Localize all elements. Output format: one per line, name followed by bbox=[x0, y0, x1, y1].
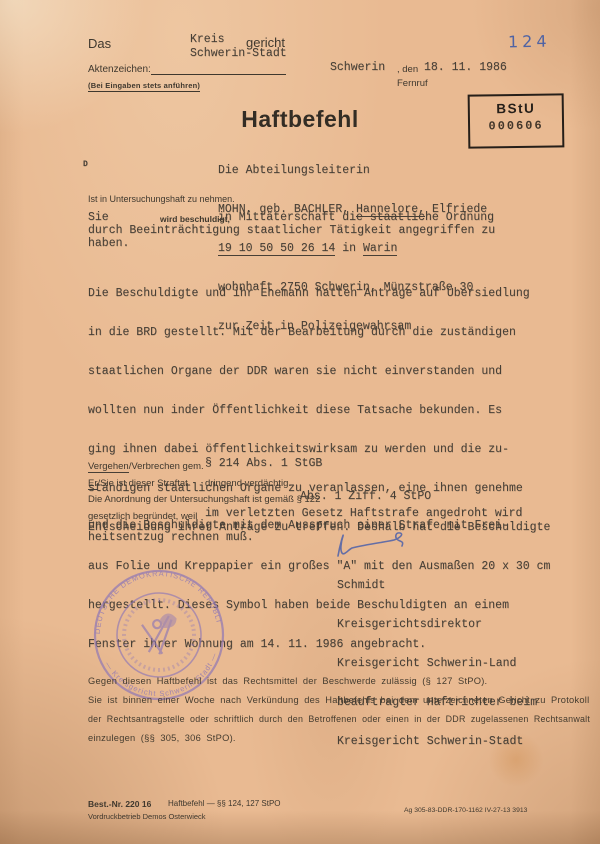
offense-order-label: Die Anordnung der Untersuchungshaft ist … bbox=[88, 494, 320, 505]
addressee-birthdate: 19 10 50 50 26 14 in Warin bbox=[218, 242, 487, 255]
den-printed: , den bbox=[397, 64, 418, 75]
body-line: ging ihnen dabei öffentlichkeitswirksam … bbox=[88, 443, 550, 456]
remedy-line-1: Gegen diesen Haftbefehl ist das Rechtsmi… bbox=[88, 672, 487, 691]
imprint-printer: Vordruckbetrieb Demos Osterwieck bbox=[88, 812, 206, 821]
charge-line2: durch Beeinträchtigung staatlicher Tätig… bbox=[88, 224, 495, 237]
charge-line1: in Mittäterschaft die staatliche Ordnung bbox=[218, 211, 494, 224]
addressee-birthplace-underlined: Warin bbox=[363, 242, 398, 256]
body-line: in die BRD gestellt. Mit der Bearbeitung… bbox=[88, 326, 550, 339]
signature-block: Schmidt Kreisgerichtsdirektor Kreisgeric… bbox=[337, 553, 537, 774]
aktenzeichen-row: Aktenzeichen: bbox=[88, 62, 286, 75]
document-sheet: Das Kreis gericht Schwerin-Stadt 124 Akt… bbox=[0, 0, 600, 844]
document-title: Haftbefehl bbox=[0, 106, 600, 133]
aktenzeichen-blank-line bbox=[151, 62, 286, 75]
remedy-line-3: der Rechtsantragstelle oder schriftlich … bbox=[88, 710, 590, 729]
aktenzeichen-note: (Bei Eingaben stets anführen) bbox=[88, 81, 200, 92]
court-name-typed: Kreis bbox=[190, 33, 225, 46]
remedy-line-2: Sie ist binnen einer Woche nach Verkündu… bbox=[88, 691, 589, 710]
offense-gem-value: § 214 Abs. 1 StGB bbox=[205, 457, 322, 470]
signatory-title1: Kreisgerichtsdirektor bbox=[337, 618, 537, 631]
remedy-line-4: einzulegen (§§ 305, 306 StPO). bbox=[88, 729, 236, 748]
place-typed: Schwerin bbox=[330, 61, 385, 74]
custody-note: Ist in Untersuchungshaft zu nehmen. bbox=[88, 194, 235, 204]
addressee-role: Die Abteilungsleiterin bbox=[218, 164, 487, 177]
charge-subject: Sie bbox=[88, 211, 109, 224]
aktenzeichen-label: Aktenzeichen: bbox=[88, 64, 151, 75]
imprint-form-name: Haftbefehl — §§ 124, 127 StPO bbox=[168, 799, 281, 808]
court-city-typed: Schwerin-Stadt bbox=[190, 47, 287, 60]
date-typed: 18. 11. 1986 bbox=[424, 61, 507, 74]
signatory-title4: Kreisgericht Schwerin-Stadt bbox=[337, 735, 537, 748]
header-das: Das bbox=[88, 36, 111, 51]
offense-reason-line3: heitsentzug rechnen muß. bbox=[88, 531, 254, 544]
body-line: Die Beschuldigte und ihr Ehemann hatten … bbox=[88, 287, 550, 300]
offense-suspect-value: dringend verdächtig. bbox=[205, 478, 291, 489]
offense-suspect-label: Er/Sie ist dieser Straftat bbox=[88, 478, 188, 489]
fernruf-printed: Fernruf bbox=[397, 78, 428, 89]
ddr-emblem-icon bbox=[141, 613, 181, 656]
signatory-name: Schmidt bbox=[337, 579, 537, 592]
body-line: staatlichen Organe der DDR waren sie nic… bbox=[88, 365, 550, 378]
offense-gem-label: Vergehen/Verbrechen gem. bbox=[88, 461, 204, 472]
handwritten-page-number: 124 bbox=[508, 32, 551, 52]
imprint-code: Ag 305-83-DDR-170-1162 IV-27-13 3913 bbox=[404, 807, 527, 814]
signatory-title2: Kreisgericht Schwerin-Land bbox=[337, 657, 537, 670]
imprint-bestnr: Best.-Nr. 220 16 bbox=[88, 799, 151, 809]
offense-order-value: Abs. 1 Ziff. 4 StPO bbox=[300, 490, 431, 503]
body-line: wollten nun inder Öffentlichkeit diese T… bbox=[88, 404, 550, 417]
charge-line3: haben. bbox=[88, 237, 129, 250]
margin-mark: D bbox=[83, 160, 88, 169]
